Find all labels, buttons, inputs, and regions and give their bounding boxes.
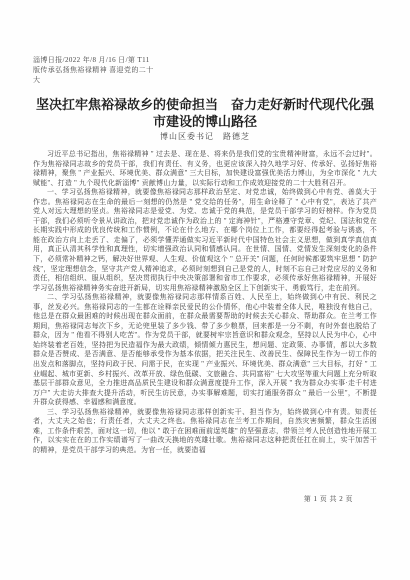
article-byline: 博山区委书记 路德芝: [0, 131, 410, 142]
paragraph-intro: 习近平总书记指出，焦裕禄精神 " 过去是、现在是、将来仍是我们党的宝贵精神财富，…: [33, 150, 377, 188]
article-title: 坚决扛牢焦裕禄故乡的使命担当 奋力走好新时代现代化强市建设的博山路径: [33, 96, 377, 130]
page-number: 第 1 页 共 2 页: [304, 494, 353, 504]
paragraph-section-2: 二、学习弘扬焦裕禄精神，就要像焦裕禄同志那样情系百姓、人民至上，始终做到心中有民…: [33, 293, 377, 408]
paragraph-section-1: 一、学习弘扬焦裕禄精神，就要像焦裕禄同志那样政治坚定、对党忠诚，始终做到心中有党…: [33, 188, 377, 293]
document-page: 淄博日报/2022 年/8 月/16 日/第 T11 版传承弘扬焦裕禄精神 喜迎…: [0, 0, 410, 580]
citation-header: 淄博日报/2022 年/8 月/16 日/第 T11 版传承弘扬焦裕禄精神 喜迎…: [33, 55, 154, 85]
citation-line-section: 版传承弘扬焦裕禄精神 喜迎党的二十: [33, 65, 154, 75]
paragraph-section-3: 三、学习弘扬焦裕禄精神，就要像焦裕禄同志那样创新实干、担当作为，始终做到心中有责…: [33, 408, 377, 456]
citation-line-section-cont: 大: [33, 75, 154, 85]
article-body: 习近平总书记指出，焦裕禄精神 " 过去是、现在是、将来仍是我们党的宝贵精神财富，…: [33, 150, 377, 456]
citation-line-source: 淄博日报/2022 年/8 月/16 日/第 T11: [33, 55, 154, 65]
